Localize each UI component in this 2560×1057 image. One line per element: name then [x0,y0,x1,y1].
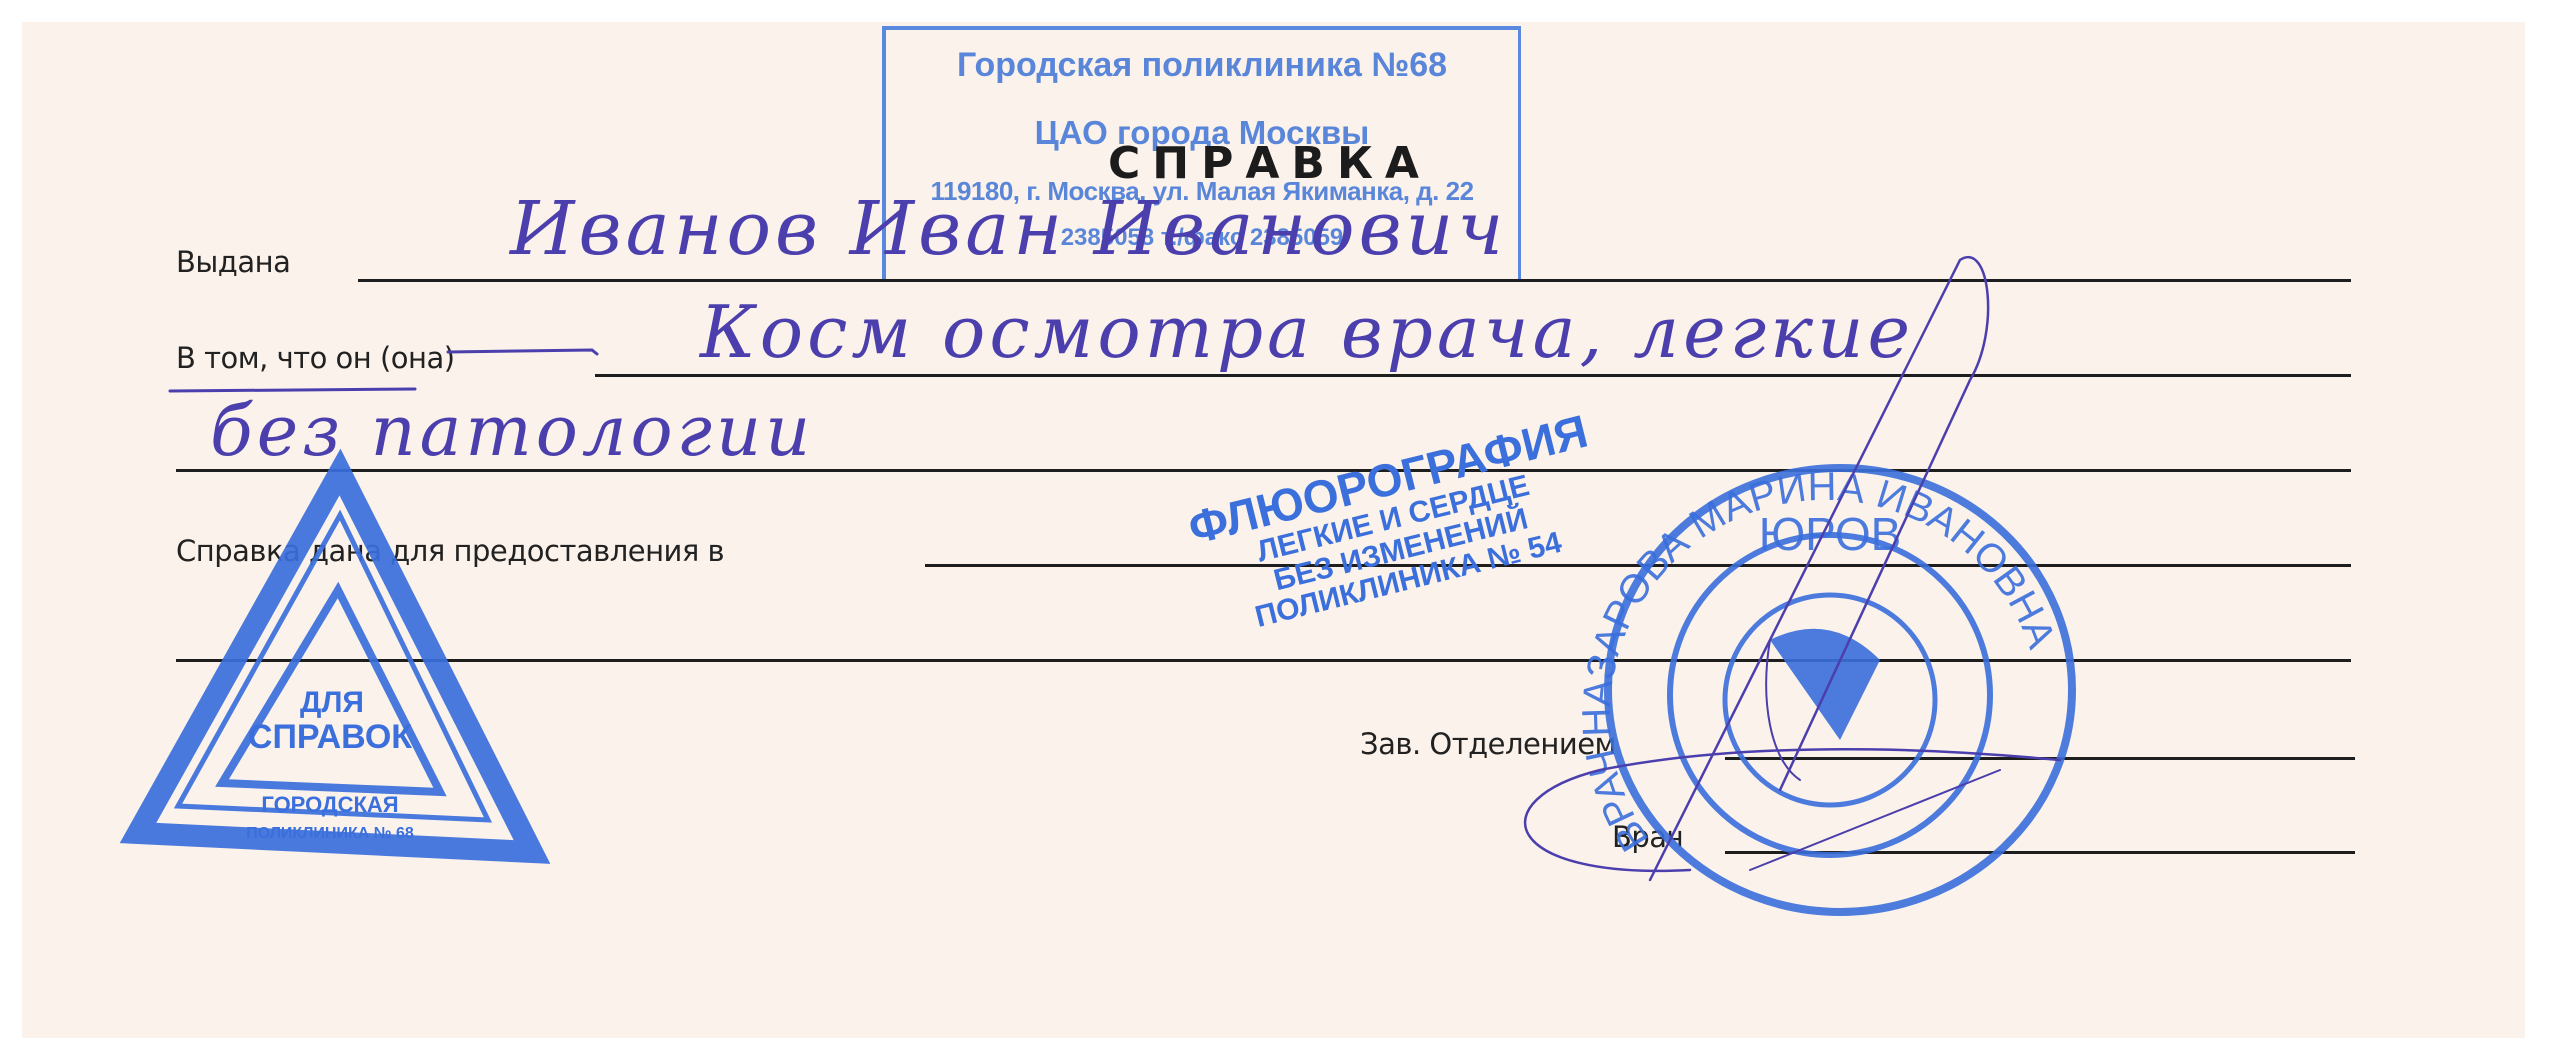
triangle-stamp-line: ДЛЯ [300,686,364,719]
statement-handwritten-line2: без патологии [210,390,814,472]
document-title: СПРАВКА [1108,138,1431,189]
triangle-stamp-line: ПОЛИКЛИНИКА № 68 [246,825,414,842]
strikethrough-mark [448,350,597,354]
signature-stroke [1750,770,2000,870]
triangle-stamp-line: ГОРОДСКАЯ [261,792,398,817]
statement-handwritten-line1: Косм осмотра врача, легкие [700,290,1914,374]
triangle-stamp-line: СПРАВОК [248,718,412,756]
issued-to-handwritten: Иванов Иван Иванович [510,186,1507,272]
round-stamp-top-text: ЮРОВ [1759,508,1902,560]
